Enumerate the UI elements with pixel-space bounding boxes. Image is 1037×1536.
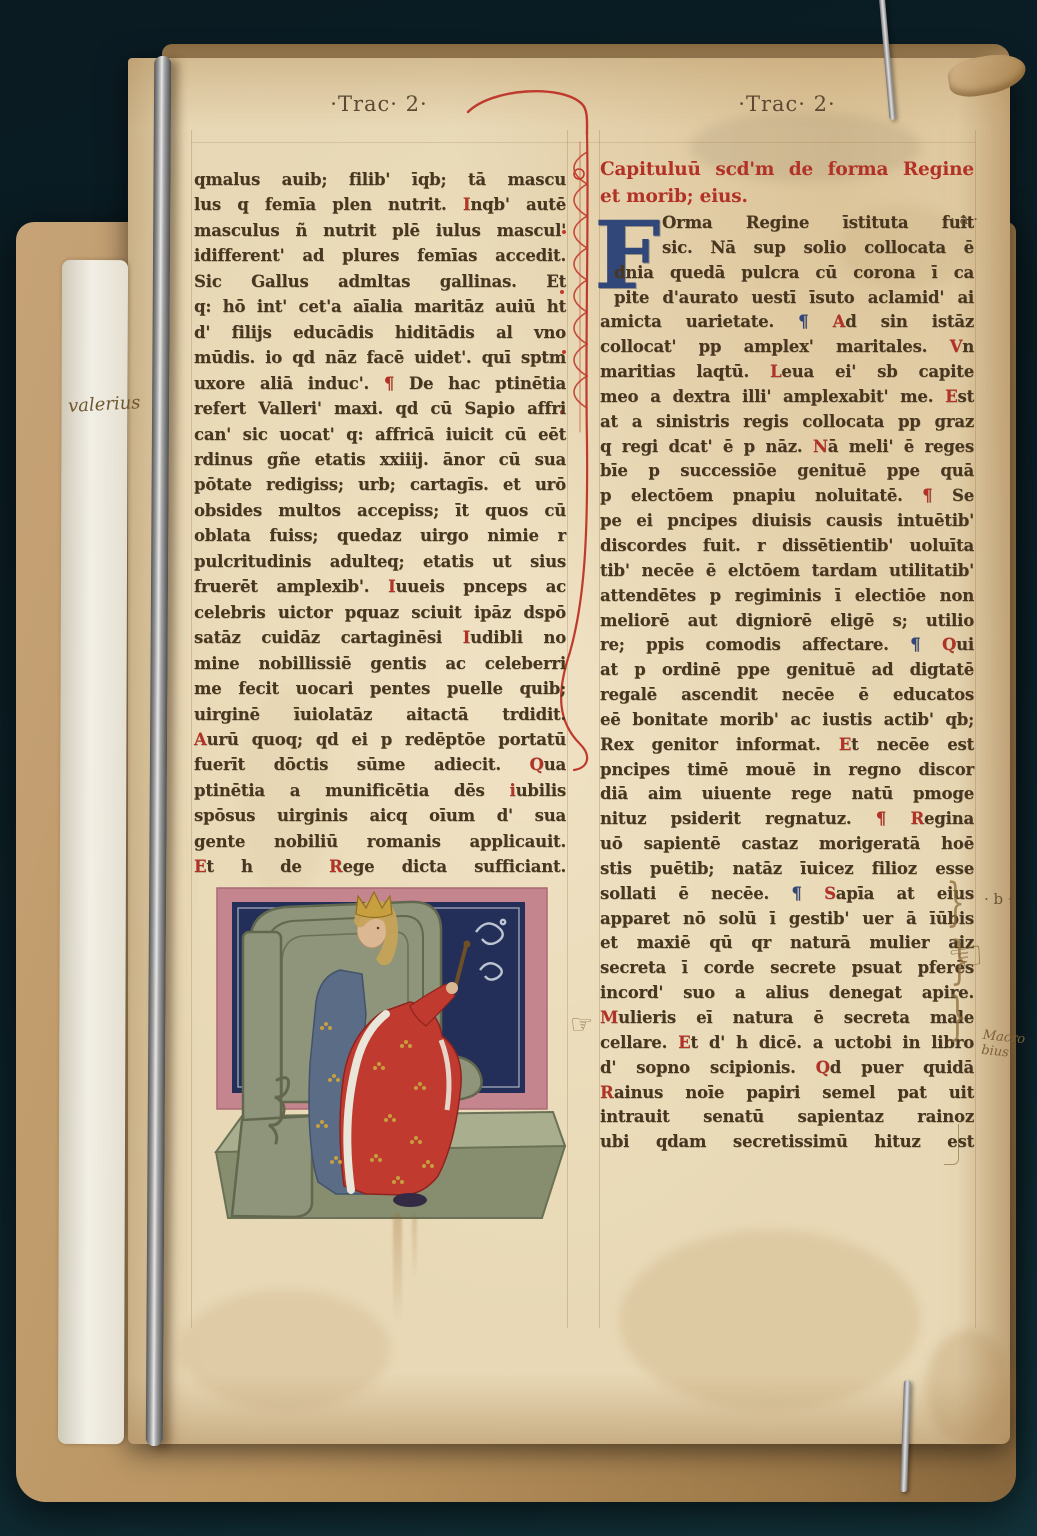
- stain: [180, 1290, 390, 1410]
- text-line: p electōem pnapiu noluitatē. ¶ Se: [600, 484, 974, 509]
- text-line: pulcritudinis adulteq; etatis ut sius: [194, 549, 566, 574]
- ruling-line: [191, 130, 192, 1328]
- text-line: can' sic uocat' q: affricā iuicit cū eēt: [194, 422, 566, 447]
- margin-mark-a: · a ·: [950, 210, 978, 228]
- text-line: q: hō int' cet'a aīalia maritāz auiū ht: [194, 294, 566, 319]
- text-line: intrauit senatū sapientaz rainoz: [600, 1105, 974, 1130]
- king-hand: [446, 982, 458, 994]
- text-line: ptinētia a munificētia dēs iubilis: [194, 778, 566, 803]
- text-line: eē bonitate morib' ac iustis actib' qb;: [600, 708, 974, 733]
- text-line: uxore aliā induc'. ¶ De hac ptinētia: [194, 371, 566, 396]
- text-line: nituz psiderit regnatuz. ¶ Regina: [600, 807, 974, 832]
- manuscript-photo: ·Trac· 2· ·Trac· 2· Capituluū scd'm de f…: [0, 0, 1037, 1536]
- text-line: sic. Nā sup solio collocata ē: [600, 236, 974, 261]
- text-line: dnia quedā pulcra cū corona ī ca: [600, 261, 974, 286]
- manicule-icon: ☞: [570, 1010, 593, 1040]
- text-line: Rex genitor informat. Et necēe est: [600, 733, 974, 758]
- text-line: meliorē aut digniorē eligē s; utilio: [600, 609, 974, 634]
- margin-brace: }: [946, 874, 965, 934]
- white-paper-strip: [58, 260, 128, 1444]
- text-line: diā aim uiuente rege natū pmoge: [600, 782, 974, 807]
- text-line: fuerīt dōctis sūme adiecit. Qua: [194, 752, 566, 777]
- king-miniature: [214, 884, 566, 1222]
- text-line: Aurū quoq; qd ei p redēptōe portatū: [194, 727, 566, 752]
- margin-bracket: [944, 1124, 959, 1165]
- text-line: et maxiē qū qr naturā mulier aiz: [600, 931, 974, 956]
- text-line: obsides multos accepiss; īt quos cū: [194, 498, 566, 523]
- text-line: q regi dcat' ē p nāz. Nā meli' ē reges: [600, 435, 974, 460]
- text-line: discordes fuit. r dissētientib' uoluīta: [600, 534, 974, 559]
- text-line: pite d'aurato uestī īsuto aclamid' ai: [600, 286, 974, 311]
- text-line: incord' suo a alius denegat apire.: [600, 981, 974, 1006]
- text-line: Mulieris eī natura ē secreta male: [600, 1006, 974, 1031]
- margin-note-macrobius: Macro bius: [981, 1028, 1026, 1062]
- text-line: gente nobiliū romanis applicauit.: [194, 829, 566, 854]
- text-line: qmalus auib; filib' īqb; tā mascu: [194, 167, 566, 192]
- text-line: cellare. Et d' h dicē. a uctobi in libro: [600, 1031, 974, 1056]
- text-line: idifferent' ad plures femīas accedit.: [194, 243, 566, 268]
- text-line: maritias laqtū. Leua ei' sb capite: [600, 360, 974, 385]
- text-line: pōtate redigiss; urb; cartagīs. et urō: [194, 472, 566, 497]
- text-column-right: Orma Regine īstituta fuitsic. Nā sup sol…: [600, 211, 974, 1155]
- text-line: secreta ī corde secrete psuat pferēs: [600, 956, 974, 981]
- text-line: pe ei pncipes diuisis causis intuētib': [600, 509, 974, 534]
- text-line: apparet nō solū ī gestib' uer ā īūbis: [600, 907, 974, 932]
- text-line: mūdis. io qd nāz facē uidet'. quī sptm: [194, 345, 566, 370]
- text-line: tib' necēe ē elctōem tardam utilitatib': [600, 559, 974, 584]
- text-line: spōsus uirginis aicq oīum d' sua: [194, 803, 566, 828]
- text-line: regalē ascendit necēe ē educatos: [600, 683, 974, 708]
- text-line: d' filijs educādis hiditādis al vno: [194, 320, 566, 345]
- text-line: amicta uarietate. ¶ Ad sin istāz: [600, 310, 974, 335]
- margin-mark-b: · b ·: [984, 890, 1013, 908]
- text-line: at a sinistris regis collocata pp graz: [600, 410, 974, 435]
- text-line: Orma Regine īstituta fuit: [600, 211, 974, 236]
- text-line: fruerēt amplexib'. Iuueis pnceps ac: [194, 574, 566, 599]
- manicule-icon: ☜: [945, 932, 987, 983]
- margin-brace: }: [948, 988, 967, 1048]
- text-line: oblata fuiss; quedaz uirgo nimie r: [194, 523, 566, 548]
- text-line: masculus ñ nutrit plē iulus mascul': [194, 218, 566, 243]
- text-line: me fecit uocari pentes puelle quib;: [194, 676, 566, 701]
- text-line: sollati ē necēe. ¶ Sapīa at eius: [600, 882, 974, 907]
- pigment-drip: [412, 1214, 417, 1280]
- pigment-drip: [393, 1214, 402, 1322]
- text-line: pncipes timē mouē in regno discor: [600, 758, 974, 783]
- text-line: Sic Gallus admltas gallinas. Et: [194, 269, 566, 294]
- text-line: mine nobillissiē gentis ac celeberri: [194, 651, 566, 676]
- running-header-right: ·Trac· 2·: [600, 92, 974, 116]
- text-line: Rainus noīe papiri semel pat uit: [600, 1081, 974, 1106]
- text-line: meo a dextra illi' amplexabit' me. Est: [600, 385, 974, 410]
- text-line: refert Valleri' maxi. qd cū Sapio affri: [194, 396, 566, 421]
- stain: [620, 1230, 920, 1410]
- text-line: lus q femīa plen nutrit. Inqb' autē: [194, 192, 566, 217]
- text-line: satāz cuidāz cartaginēsi Iudibli no: [194, 625, 566, 650]
- text-line: celebris uictor pquaz sciuit ipāz dspō: [194, 600, 566, 625]
- text-line: Et h de Rege dicta sufficiant.: [194, 854, 566, 879]
- text-line: ubi qdam secretissimū hituz est: [600, 1130, 974, 1155]
- text-line: uō sapientē castaz morigeratā hoē: [600, 832, 974, 857]
- margin-note-valerius: valerius: [68, 392, 142, 417]
- text-line: d' sopno scipionis. Qd puer quidā: [600, 1056, 974, 1081]
- text-line: stis puētib; natāz īuicez filioz esse: [600, 857, 974, 882]
- text-line: Capituluū scd'm de forma Regine: [600, 157, 974, 184]
- text-line: at p ordinē ppe genituē ad digtatē: [600, 658, 974, 683]
- text-line: attendētes p regiminis ī electiōe non: [600, 584, 974, 609]
- text-line: re; ppis comodis affectare. ¶ Qui: [600, 633, 974, 658]
- stain: [926, 1330, 1011, 1445]
- text-line: bīe p successiōe genituē ppe quā: [600, 459, 974, 484]
- king-shoe: [393, 1193, 427, 1207]
- text-line: collocat' pp amplex' maritales. Vn: [600, 335, 974, 360]
- text-line: rdinus gñe etatis xxiiij. ānor cū sua: [194, 447, 566, 472]
- ruling-line: [975, 130, 976, 1328]
- text-column-left: qmalus auib; filib' īqb; tā masculus q f…: [194, 167, 566, 880]
- text-line: uirginē īuiolatāz aitactā trdidit.: [194, 702, 566, 727]
